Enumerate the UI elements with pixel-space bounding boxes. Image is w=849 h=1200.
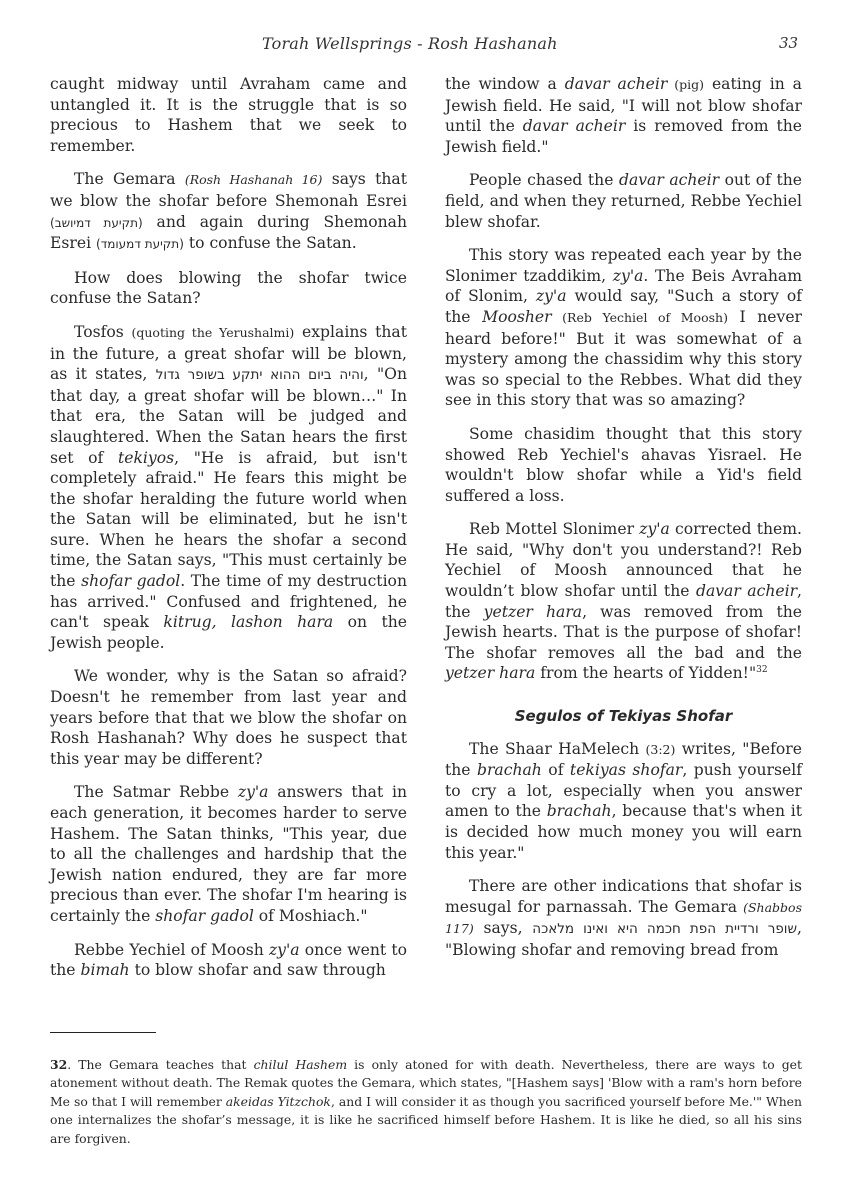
paragraph: There are other indications that shofar …: [445, 876, 802, 960]
paragraph: People chased the davar acheir out of th…: [445, 170, 802, 232]
paragraph: Reb Mottel Slonimer zy'a corrected them.…: [445, 519, 802, 684]
paragraph: the window a davar acheir (pig) eating i…: [445, 74, 802, 157]
paragraph: Some chasidim thought that this story sh…: [445, 424, 802, 506]
paragraph: The Gemara (Rosh Hashanah 16) says that …: [50, 169, 407, 254]
paragraph: Rebbe Yechiel of Moosh zy'a once went to…: [50, 940, 407, 981]
citation: (Rosh Hashanah 16): [185, 172, 323, 187]
footnote-32: 32. The Gemara teaches that chilul Hashe…: [50, 1056, 802, 1148]
hebrew-text: (תקיעת דמיושב): [50, 216, 143, 230]
right-column: the window a davar acheir (pig) eating i…: [445, 74, 802, 974]
footnote-number: 32: [50, 1057, 67, 1072]
left-column: caught midway until Avraham came and unt…: [50, 74, 407, 994]
running-header-title: Torah Wellsprings - Rosh Hashanah: [262, 34, 558, 53]
running-header: Torah Wellsprings - Rosh Hashanah 33: [0, 34, 849, 58]
citation: (quoting the Yerushalmi): [132, 325, 295, 340]
paragraph: The Shaar HaMelech (3:2) writes, "Before…: [445, 739, 802, 864]
paragraph: The Satmar Rebbe zy'a answers that in ea…: [50, 782, 407, 926]
paragraph: This story was repeated each year by the…: [445, 245, 802, 411]
section-heading: Segulos of Tekiyas Shofar: [445, 706, 802, 727]
footnote-divider: [50, 1032, 156, 1033]
paragraph: How does blowing the shofar twice confus…: [50, 268, 407, 309]
page-number: 33: [779, 34, 798, 52]
hebrew-text: (תקיעת דמעומד): [96, 237, 184, 251]
footnote-reference[interactable]: 32: [756, 665, 767, 675]
paragraph: caught midway until Avraham came and unt…: [50, 74, 407, 156]
paragraph: We wonder, why is the Satan so afraid? D…: [50, 666, 407, 769]
paragraph: Tosfos (quoting the Yerushalmi) explains…: [50, 322, 407, 654]
citation: (3:2): [646, 742, 676, 757]
hebrew-quote: והיה ביום ההוא יתקע בשופר גדול: [156, 367, 364, 383]
hebrew-quote: שופר ורדיית הפת חכמה היא ואינו מלאכה: [532, 921, 797, 937]
